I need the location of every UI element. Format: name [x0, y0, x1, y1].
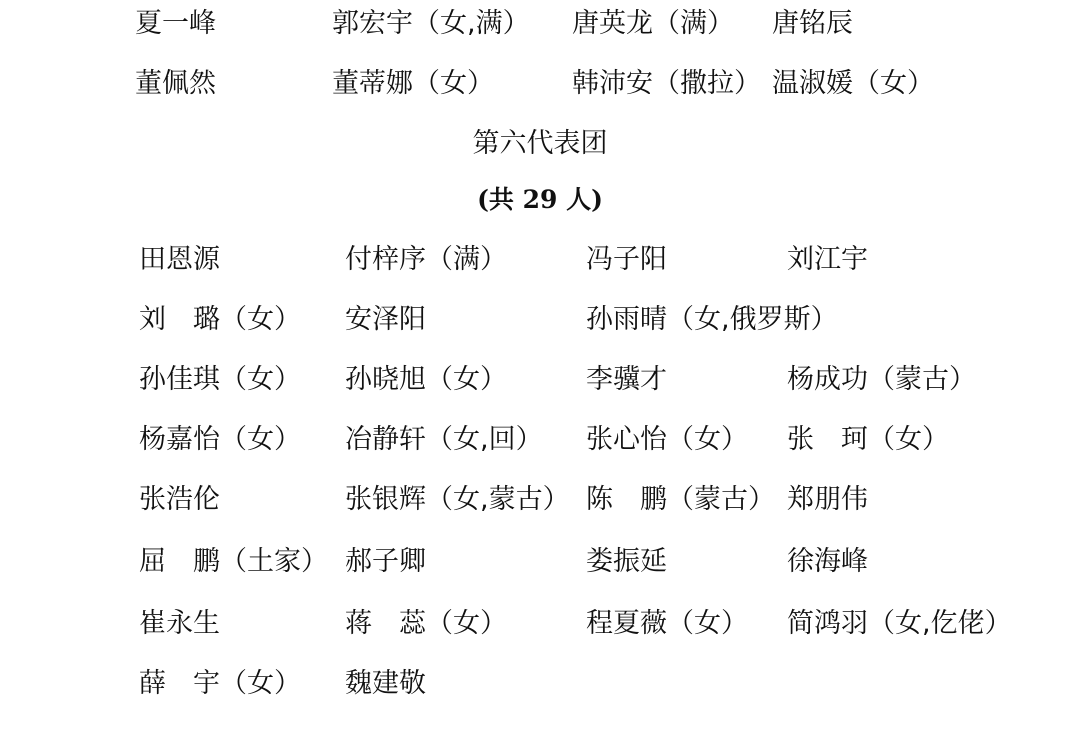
member-name: 韩沛安（撒拉）: [572, 64, 761, 104]
member-name: 孙雨晴（女,俄罗斯）: [586, 300, 838, 340]
section-member-count: (共 29 人): [0, 180, 1080, 220]
member-name: 孙晓旭（女）: [345, 360, 507, 400]
member-name: 薛 宇（女）: [139, 664, 301, 704]
member-name: 安泽阳: [345, 300, 426, 340]
member-name: 刘 璐（女）: [139, 300, 301, 340]
member-name: 郝子卿: [345, 542, 426, 582]
member-name: 董蒂娜（女）: [332, 64, 494, 104]
member-name: 杨嘉怡（女）: [139, 420, 301, 460]
member-name: 刘江宇: [787, 240, 868, 280]
member-row-3: 孙佳琪（女） 孙晓旭（女） 李骥才 杨成功（蒙古）: [0, 360, 1080, 400]
member-name: 李骥才: [586, 360, 667, 400]
prev-row-2: 董佩然 董蒂娜（女） 韩沛安（撒拉） 温淑媛（女）: [0, 64, 1080, 104]
member-name: 孙佳琪（女）: [139, 360, 301, 400]
member-name: 董佩然: [135, 64, 216, 104]
member-name: 张银辉（女,蒙古）: [345, 480, 570, 520]
member-name: 娄振延: [586, 542, 667, 582]
prev-row-1: 夏一峰 郭宏宇（女,满） 唐英龙（满） 唐铭辰: [0, 4, 1080, 44]
member-name: 张心怡（女）: [586, 420, 748, 460]
member-row-1: 田恩源 付梓序（满） 冯子阳 刘江宇: [0, 240, 1080, 280]
member-name: 唐英龙（满）: [572, 4, 734, 44]
member-name: 田恩源: [139, 240, 220, 280]
member-name: 徐海峰: [787, 542, 868, 582]
member-row-2: 刘 璐（女） 安泽阳 孙雨晴（女,俄罗斯）: [0, 300, 1080, 340]
member-name: 魏建敬: [345, 664, 426, 704]
member-name: 冶静轩（女,回）: [345, 420, 543, 460]
member-row-7: 崔永生 蒋 蕊（女） 程夏薇（女） 简鸿羽（女,仡佬）: [0, 604, 1080, 644]
member-name: 简鸿羽（女,仡佬）: [787, 604, 1012, 644]
member-name: 杨成功（蒙古）: [787, 360, 976, 400]
member-name: 张浩伦: [139, 480, 220, 520]
member-name: 温淑媛（女）: [772, 64, 934, 104]
member-name: 屈 鹏（土家）: [139, 542, 328, 582]
member-row-5: 张浩伦 张银辉（女,蒙古） 陈 鹏（蒙古） 郑朋伟: [0, 480, 1080, 520]
section-title: 第六代表团: [0, 124, 1080, 164]
member-name: 张 珂（女）: [787, 420, 949, 460]
member-name: 程夏薇（女）: [586, 604, 748, 644]
member-name: 夏一峰: [135, 4, 216, 44]
member-name: 郑朋伟: [787, 480, 868, 520]
member-name: 冯子阳: [586, 240, 667, 280]
member-name: 郭宏宇（女,满）: [332, 4, 530, 44]
member-row-4: 杨嘉怡（女） 冶静轩（女,回） 张心怡（女） 张 珂（女）: [0, 420, 1080, 460]
member-row-8: 薛 宇（女） 魏建敬: [0, 664, 1080, 704]
member-name: 崔永生: [139, 604, 220, 644]
member-name: 蒋 蕊（女）: [345, 604, 507, 644]
member-name: 付梓序（满）: [345, 240, 507, 280]
member-row-6: 屈 鹏（土家） 郝子卿 娄振延 徐海峰: [0, 542, 1080, 582]
member-name: 唐铭辰: [772, 4, 853, 44]
member-name: 陈 鹏（蒙古）: [586, 480, 775, 520]
